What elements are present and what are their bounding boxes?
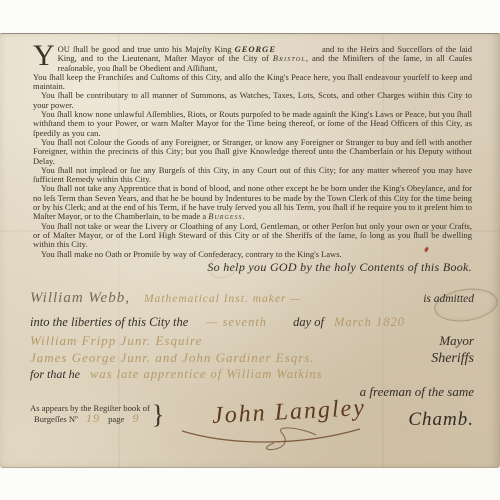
- day-word: — seventh: [206, 315, 267, 330]
- is-admitted-label: is admitted: [423, 293, 474, 305]
- oath-paragraph-8: You ſhall not take or wear the Livery or…: [33, 222, 472, 250]
- register-burgesses-label: Burgeſſes Nº: [34, 414, 78, 424]
- freeman-line: a freeman of the same: [30, 384, 474, 400]
- freeman-label: a freeman of the same: [360, 384, 474, 400]
- attestation-line: As appears by the Regiſter book of Burge…: [30, 403, 474, 431]
- burgess-word: Burgess: [208, 211, 242, 221]
- chamberlain-signature: John Langley: [212, 395, 367, 430]
- for-that-he-label: for that he: [30, 367, 80, 382]
- oath-paragraph-1: YOU ſhall be good and true unto his Maje…: [33, 45, 472, 73]
- day-of-label: day of: [293, 315, 324, 330]
- register-note: As appears by the Regiſter book of Burge…: [30, 403, 150, 424]
- mayor-line: William Fripp Junr. Esquire Mayor: [30, 333, 474, 349]
- admitted-occupation: Mathematical Inst. maker —: [144, 293, 302, 305]
- register-page-number: 9: [127, 411, 146, 425]
- date-value: March 1820: [334, 315, 405, 330]
- document-paper: YOU ſhall be good and true unto his Maje…: [0, 33, 500, 468]
- register-note-line2: Burgeſſes Nº 19 page 9: [30, 413, 150, 424]
- mayor-name: William Fripp Junr. Esquire: [30, 333, 202, 349]
- oath-paragraph-2: You ſhall keep the Franchiſes and Cuſtom…: [33, 73, 472, 92]
- admission-date-line: into the liberties of this City the — se…: [30, 315, 474, 330]
- sheriff-names: James George Junr. and John Gardiner Esq…: [30, 350, 315, 366]
- city-name: Bristol: [273, 53, 306, 63]
- oath-paragraph-3: You ſhall be contributary to all manner …: [33, 91, 472, 110]
- drop-cap: Y: [33, 45, 58, 67]
- chamberlain-title: Chamb.: [408, 409, 474, 431]
- register-page-label: page: [108, 414, 124, 424]
- sheriffs-line: James George Junr. and John Gardiner Esq…: [30, 350, 474, 367]
- oath-paragraph-7: You ſhall not take any Apprentice that i…: [33, 184, 472, 221]
- oath-paragraph-6: You ſhall not implead or ſue any Burgeſs…: [33, 166, 472, 185]
- register-brace: }: [152, 403, 164, 427]
- liberties-label: into the liberties of this City the: [30, 315, 188, 330]
- chamberlain-signature-block: John Langley: [170, 399, 408, 426]
- oath-closing-line: So help you GOD by the holy Contents of …: [33, 263, 472, 272]
- oath-paragraph-4: You ſhall know none unlawful Aſſemblies,…: [33, 110, 472, 138]
- sheriffs-label: Sheriffs: [431, 351, 474, 367]
- photo-background: YOU ſhall be good and true unto his Maje…: [0, 0, 500, 500]
- admitted-name: William Webb,: [30, 290, 130, 307]
- oath-paragraph-9: You ſhall make no Oath or Promiſe by way…: [33, 250, 472, 259]
- apprenticeship-line: for that he was late apprentice of Willi…: [30, 367, 474, 382]
- signature-flourish: [178, 423, 368, 451]
- oath-text-segment: .: [242, 211, 244, 221]
- mayor-label: Mayor: [439, 333, 474, 349]
- register-book-number: 19: [80, 411, 106, 425]
- apprenticeship-note: was late apprentice of William Watkins: [90, 367, 323, 382]
- oath-text-segment: You ſhall not take any Apprentice that i…: [33, 183, 472, 221]
- oath-paragraph-5: You ſhall not Colour the Goods of any Fo…: [33, 138, 472, 166]
- admitted-name-line: William Webb, Mathematical Inst. maker —…: [30, 290, 474, 307]
- oath-text: YOU ſhall be good and true unto his Maje…: [33, 45, 472, 272]
